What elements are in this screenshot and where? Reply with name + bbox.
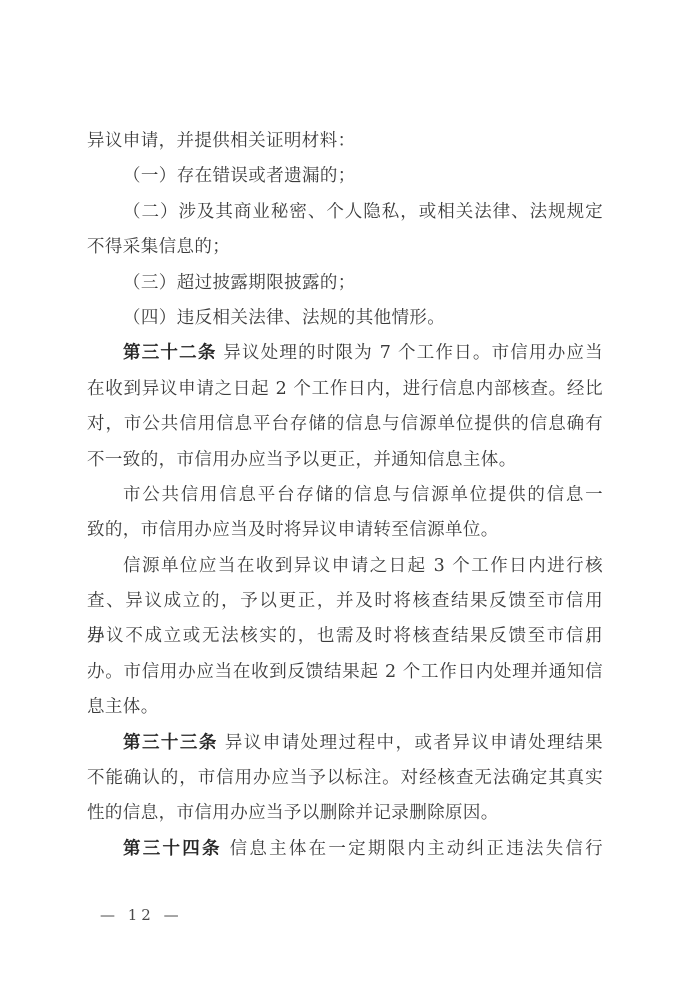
text-line: 异议不成立或无法核实的，也需及时将核查结果反馈至市信用 bbox=[87, 619, 603, 654]
page-number: — 12 — bbox=[100, 906, 183, 924]
text-line: 第三十四条 信息主体在一定期限内主动纠正违法失信行 bbox=[87, 832, 603, 867]
line-text: 办。市信用办应当在收到反馈结果起 2 个工作日内处理并通知信 bbox=[87, 662, 603, 682]
text-line: （二）涉及其商业秘密、个人隐私，或相关法律、法规规定 bbox=[87, 195, 603, 230]
text-line: 致的，市信用办应当及时将异议申请转至信源单位。 bbox=[87, 513, 603, 548]
text-line: （一）存在错误或者遗漏的； bbox=[87, 159, 603, 194]
line-text: （四）违反相关法律、法规的其他情形。 bbox=[123, 308, 445, 328]
article-number: 第三十二条 bbox=[123, 343, 217, 363]
line-text: （二）涉及其商业秘密、个人隐私，或相关法律、法规规定 bbox=[123, 202, 603, 222]
text-line: 异议申请，并提供相关证明材料： bbox=[87, 124, 603, 159]
line-text: 异议不成立或无法核实的，也需及时将核查结果反馈至市信用 bbox=[87, 626, 603, 646]
text-line: （三）超过披露期限披露的； bbox=[87, 266, 603, 301]
text-line: 查、异议成立的，予以更正，并及时将核查结果反馈至市信用办； bbox=[87, 584, 603, 619]
line-text: 对，市公共信用信息平台存储的信息与信源单位提供的信息确有 bbox=[87, 414, 603, 434]
article-number: 第三十三条 bbox=[123, 733, 218, 753]
line-text: 致的，市信用办应当及时将异议申请转至信源单位。 bbox=[87, 520, 499, 540]
text-line: 办。市信用办应当在收到反馈结果起 2 个工作日内处理并通知信 bbox=[87, 655, 603, 690]
line-text: 异议申请，并提供相关证明材料： bbox=[87, 131, 356, 151]
text-line: 信源单位应当在收到异议申请之日起 3 个工作日内进行核 bbox=[87, 549, 603, 584]
text-line: 不一致的，市信用办应当予以更正，并通知信息主体。 bbox=[87, 443, 603, 478]
text-line: 市公共信用信息平台存储的信息与信源单位提供的信息一 bbox=[87, 478, 603, 513]
line-text: （三）超过披露期限披露的； bbox=[123, 273, 356, 293]
text-line: 在收到异议申请之日起 2 个工作日内，进行信息内部核查。经比 bbox=[87, 372, 603, 407]
line-text: 不得采集信息的； bbox=[87, 237, 230, 257]
line-text: 异议处理的时限为 7 个工作日。市信用办应当 bbox=[217, 343, 603, 363]
line-text: 信息主体在一定期限内主动纠正违法失信行 bbox=[222, 839, 603, 859]
line-text: 不一致的，市信用办应当予以更正，并通知信息主体。 bbox=[87, 450, 517, 470]
line-text: 在收到异议申请之日起 2 个工作日内，进行信息内部核查。经比 bbox=[87, 379, 603, 399]
line-text: 性的信息，市信用办应当予以删除并记录删除原因。 bbox=[87, 803, 499, 823]
line-text: （一）存在错误或者遗漏的； bbox=[123, 166, 356, 186]
text-line: 不能确认的，市信用办应当予以标注。对经核查无法确定其真实 bbox=[87, 761, 603, 796]
text-line: 不得采集信息的； bbox=[87, 230, 603, 265]
line-text: 息主体。 bbox=[87, 697, 159, 717]
line-text: 市公共信用信息平台存储的信息与信源单位提供的信息一 bbox=[123, 485, 603, 505]
text-line: 性的信息，市信用办应当予以删除并记录删除原因。 bbox=[87, 796, 603, 831]
text-line: 第三十二条 异议处理的时限为 7 个工作日。市信用办应当 bbox=[87, 336, 603, 371]
line-text: 信源单位应当在收到异议申请之日起 3 个工作日内进行核 bbox=[123, 556, 603, 576]
text-line: （四）违反相关法律、法规的其他情形。 bbox=[87, 301, 603, 336]
body-text: 异议申请，并提供相关证明材料：（一）存在错误或者遗漏的；（二）涉及其商业秘密、个… bbox=[87, 124, 603, 867]
text-line: 第三十三条 异议申请处理过程中，或者异议申请处理结果 bbox=[87, 726, 603, 761]
document-page: 异议申请，并提供相关证明材料：（一）存在错误或者遗漏的；（二）涉及其商业秘密、个… bbox=[0, 0, 700, 989]
text-line: 对，市公共信用信息平台存储的信息与信源单位提供的信息确有 bbox=[87, 407, 603, 442]
line-text: 不能确认的，市信用办应当予以标注。对经核查无法确定其真实 bbox=[87, 768, 603, 788]
article-number: 第三十四条 bbox=[123, 839, 222, 859]
line-text: 异议申请处理过程中，或者异议申请处理结果 bbox=[218, 733, 603, 753]
text-line: 息主体。 bbox=[87, 690, 603, 725]
